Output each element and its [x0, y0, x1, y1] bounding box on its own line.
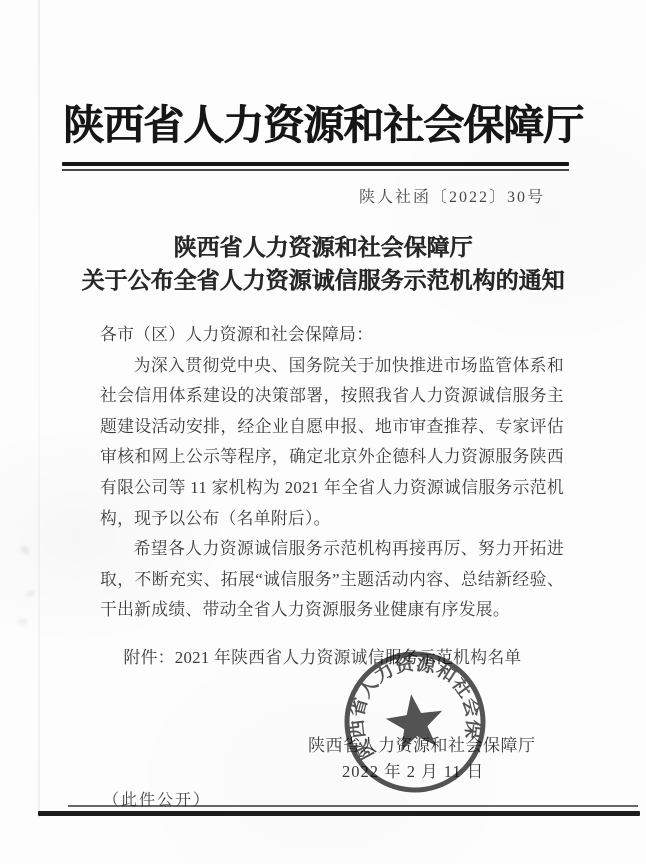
scan-smudge	[26, 590, 35, 597]
official-seal: 陕西省人力资源和社会保障厅	[331, 638, 498, 805]
footer-divider-thick	[38, 811, 640, 816]
body-paragraph-2: 希望各人力资源诚信服务示范机构再接再厉、努力开拓进取，不断充实、拓展“诚信服务”…	[100, 534, 564, 626]
letterhead-title: 陕西省人力资源和社会保障厅	[0, 92, 646, 151]
document-number: 陕人社函〔2022〕30号	[359, 184, 545, 207]
notice-title-line1: 陕西省人力资源和社会保障厅	[0, 231, 646, 264]
seal-star-icon	[383, 690, 447, 752]
document-body: 各市（区）人力资源和社会保障局： 为深入贯彻党中央、国务院关于加快推进市场监管体…	[100, 320, 564, 674]
notice-title: 陕西省人力资源和社会保障厅 关于公布全省人力资源诚信服务示范机构的通知	[0, 231, 646, 297]
scanned-document-page: 陕西省人力资源和社会保障厅 陕人社函〔2022〕30号 陕西省人力资源和社会保障…	[0, 0, 646, 864]
scan-smudge	[20, 545, 30, 554]
letterhead-divider-thick	[62, 162, 569, 166]
public-release-note: （此件公开）	[103, 787, 211, 810]
body-paragraph-1: 为深入贯彻党中央、国务院关于加快推进市场监管体系和社会信用体系建设的决策部署，按…	[100, 351, 564, 535]
scan-smudge	[18, 619, 27, 624]
letterhead-divider-thin	[62, 169, 569, 171]
notice-title-line2: 关于公布全省人力资源诚信服务示范机构的通知	[0, 264, 646, 297]
salutation: 各市（区）人力资源和社会保障局：	[100, 320, 564, 351]
